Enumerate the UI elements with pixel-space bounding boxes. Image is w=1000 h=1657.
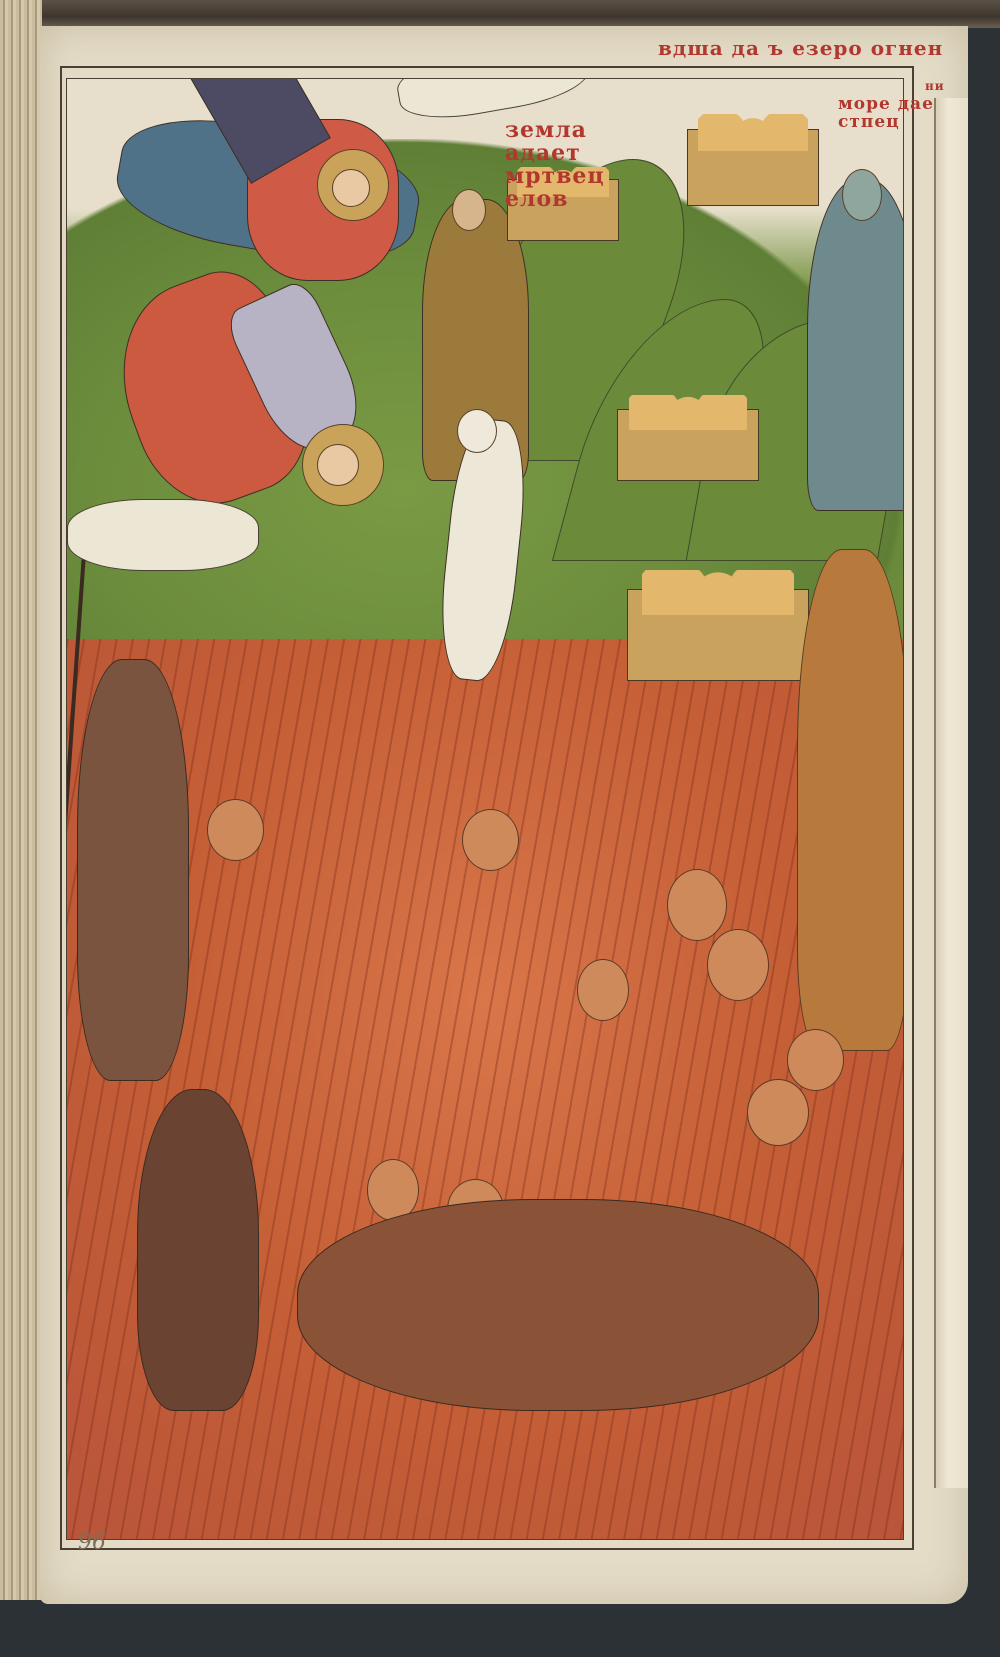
soul-in-fire: [787, 1029, 844, 1091]
soul-in-fire: [747, 1079, 809, 1146]
soul-in-fire: [207, 799, 264, 861]
page-gutter: [934, 98, 968, 1488]
inscription-land-line: земла: [505, 119, 605, 142]
demon-with-spear: [77, 659, 189, 1081]
scroll-lower: [67, 499, 259, 571]
soul-in-fire: [707, 929, 769, 1001]
earth-figure-face: [452, 189, 486, 231]
soul-in-fire: [667, 869, 727, 941]
naked-soul-head: [457, 409, 497, 453]
inscription-top: вдша да ъ езеро огнен: [658, 38, 943, 59]
standing-beast: [797, 549, 904, 1051]
soul-in-fire: [577, 959, 629, 1021]
inscription-land: земла адает мртвец елов: [505, 119, 605, 211]
angel-lower-face: [317, 444, 359, 486]
miniature: земла адает мртвец елов: [66, 78, 904, 1540]
sea-figure: [807, 179, 904, 511]
inscription-land-line: адает: [505, 142, 605, 165]
demon-bottom-left: [137, 1089, 259, 1411]
inscription-sea-line: стпец: [838, 114, 934, 132]
book-edge-top: [0, 0, 1000, 28]
sea-figure-face: [842, 169, 882, 221]
book-page-edges: [0, 0, 42, 1600]
inscription-superscript: ни: [925, 80, 945, 93]
beast-bottom: [297, 1199, 819, 1411]
inscription-land-line: мртвец: [505, 165, 605, 188]
inscription-sea: море дае стпец: [838, 96, 934, 132]
chest-of-dead: [617, 409, 759, 481]
angel-upper-face: [332, 169, 370, 207]
inscription-land-line: елов: [505, 188, 605, 211]
chest-of-dead: [687, 129, 819, 206]
folio-number: 96: [78, 1530, 106, 1555]
soul-in-fire: [462, 809, 519, 871]
chest-of-dead: [627, 589, 809, 681]
